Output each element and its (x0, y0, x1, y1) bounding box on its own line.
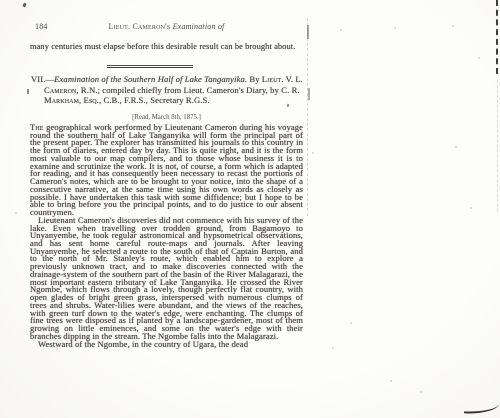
scan-speck (420, 391, 422, 393)
scan-speck (15, 212, 17, 214)
scan-edge-mark (497, 80, 498, 212)
scan-speck (312, 152, 314, 154)
section-divider-rule (107, 65, 193, 68)
paragraph: Westward of the Ngombe, in the country o… (30, 341, 303, 349)
running-header-title: Lieut. Cameron's Examination of (30, 22, 303, 31)
scan-speck (350, 322, 352, 324)
scan-speck (27, 89, 29, 94)
page-curl-mark (464, 400, 499, 414)
scan-speck (22, 3, 26, 8)
page-gutter-mark (308, 88, 310, 100)
byline-end: Secretary R.G.S. (148, 95, 210, 105)
article-number: VII.— (31, 74, 54, 84)
paragraph-text: geographical work performed by Lieutenan… (30, 122, 303, 217)
byline-by: By (247, 74, 262, 84)
scan-edge-mark (496, 0, 498, 74)
paragraph: Lieutenant Cameron's discoveries did not… (30, 217, 303, 341)
scan-speck (332, 347, 334, 349)
intro-paragraph: many centuries must elapse before this d… (30, 42, 302, 51)
scan-speck (340, 29, 342, 31)
page-gutter-mark (307, 25, 309, 39)
scan-speck (394, 27, 396, 29)
page-gutter-line (307, 18, 308, 216)
scan-speck (470, 207, 472, 209)
running-header: 184 Lieut. Cameron's Examination of (30, 22, 303, 34)
scan-speck (455, 146, 457, 148)
scanned-page: 184 Lieut. Cameron's Examination of many… (0, 0, 500, 418)
scan-speck (390, 380, 392, 382)
byline-mid: compiled chiefly from Lieut. Cameron's D… (100, 85, 281, 95)
article-title-main: Examination of the Southern Half of Lake… (54, 74, 247, 84)
scan-speck (478, 57, 480, 59)
running-header-italic: Examination of (170, 22, 224, 31)
scan-speck (452, 25, 454, 27)
read-note: [Read, March 8th, 1875.] (30, 114, 303, 121)
article-body: The geographical work performed by Lieut… (30, 124, 303, 348)
article-title: VII.—Examination of the Southern Half of… (31, 74, 317, 106)
running-header-name: Lieut. Cameron's (109, 22, 171, 31)
page-number: 184 (35, 22, 48, 31)
scan-speck (287, 104, 290, 107)
paragraph: The geographical work performed by Lieut… (30, 124, 303, 217)
